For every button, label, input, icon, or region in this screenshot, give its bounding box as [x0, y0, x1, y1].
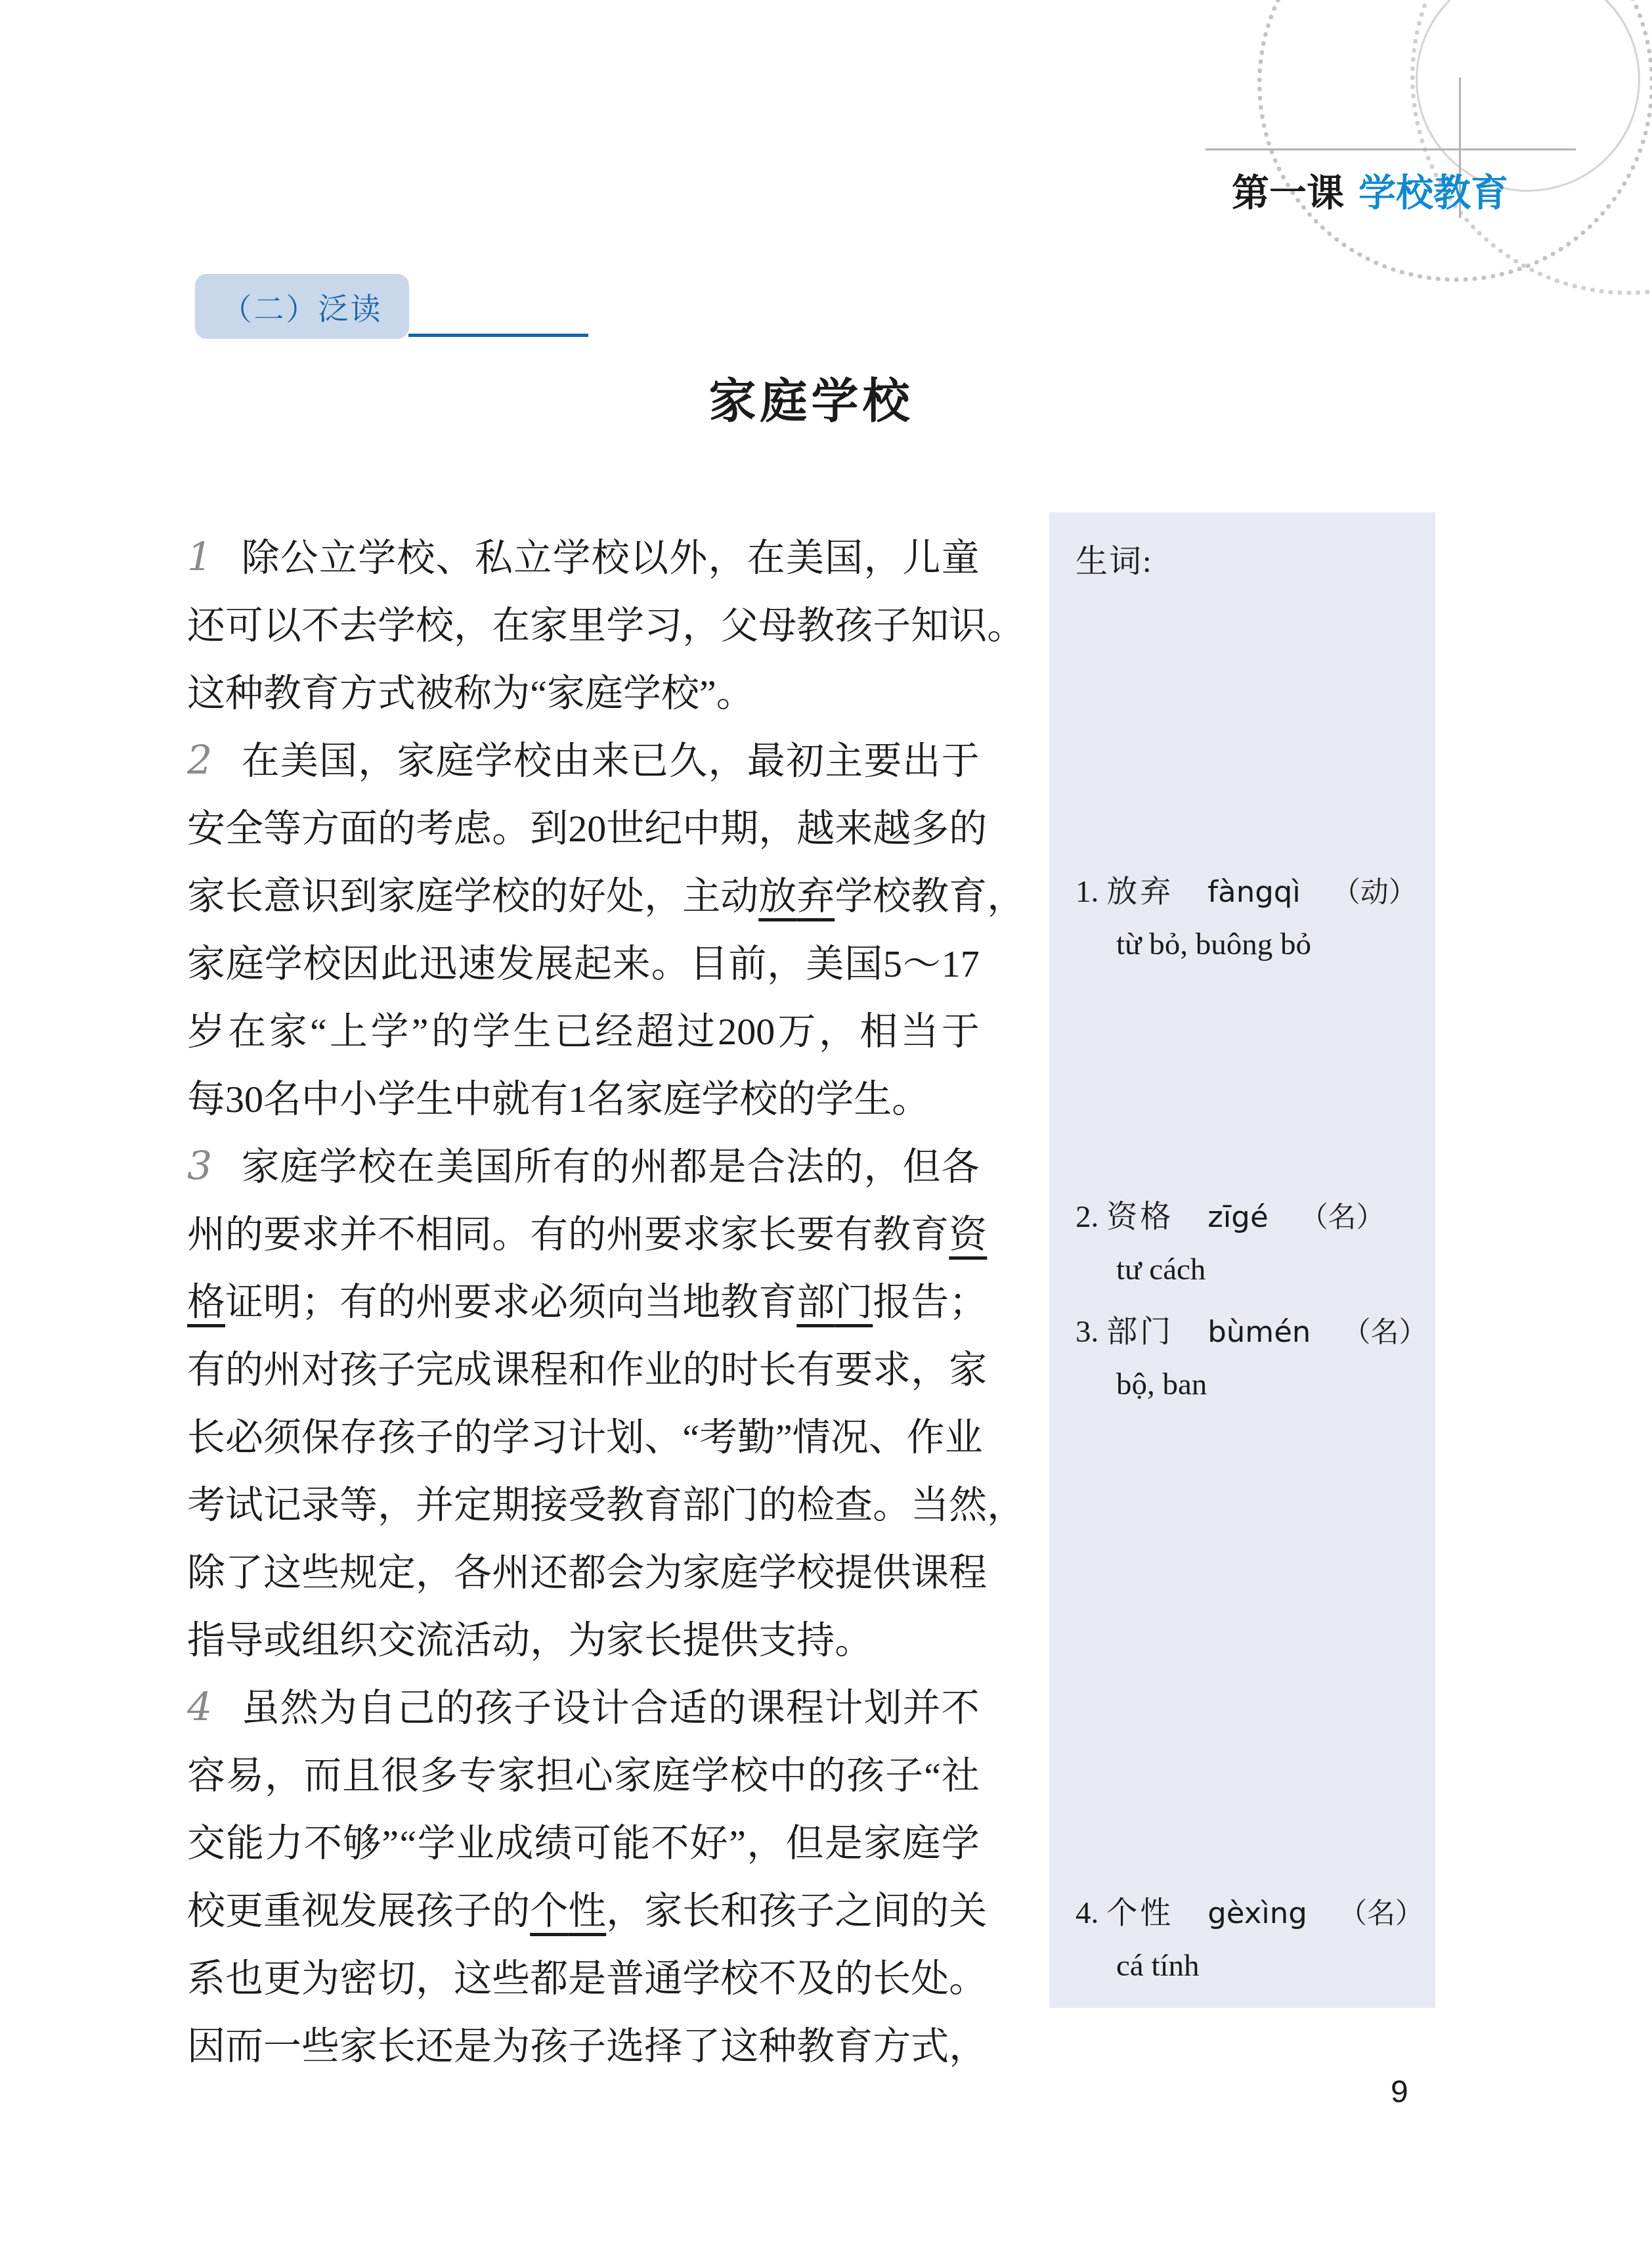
vocab-word: 放弃 — [1106, 867, 1173, 911]
text-line: 指导或组织交流活动，为家长提供支持。 — [187, 1603, 980, 1670]
page-number: 9 — [1391, 2074, 1408, 2110]
paragraph-number: 2 — [187, 741, 212, 780]
vocab-pinyin: bùmén — [1207, 1314, 1311, 1349]
textbook-page: 第一课学校教育 （二）泛读 家庭学校 1除公立学校、私立学校以外，在美国，儿童还… — [0, 0, 1652, 2258]
text-line: 4虽然为自己的孩子设计合适的课程计划并不 — [187, 1670, 980, 1738]
vocab-part-of-speech: （名） — [1300, 1195, 1385, 1235]
text-line: 安全等方面的考虑。到20世纪中期，越来越多的 — [187, 791, 980, 858]
text-line: 长必须保存孩子的学习计划、“考勤”情况、作业 — [187, 1400, 980, 1467]
vocab-pinyin: fàngqì — [1207, 874, 1301, 909]
section-underline — [408, 334, 588, 337]
vocab-part-of-speech: （名） — [1342, 1310, 1427, 1350]
vocab-number: 4. — [1076, 1895, 1098, 1931]
text-line: 因而一些家长还是为孩子选择了这种教育方式， — [187, 2008, 980, 2076]
vocab-word: 资格 — [1106, 1192, 1173, 1236]
text-line: 1除公立学校、私立学校以外，在美国，儿童 — [187, 520, 980, 588]
vocab-word: 部门 — [1106, 1307, 1173, 1351]
chapter-header: 第一课学校教育 — [1232, 163, 1508, 217]
text-line: 系也更为密切，这些都是普通学校不及的长处。 — [187, 1941, 980, 2008]
vocab-translation: bộ, ban — [1116, 1367, 1430, 1402]
lesson-subject: 学校教育 — [1359, 172, 1508, 214]
vocab-entry: 3.部门bùmén（名）bộ, ban — [1076, 1307, 1430, 1402]
text-line: 交能力不够”“学业成绩可能不好”，但是家庭学 — [187, 1805, 980, 1873]
text-line: 岁在家“上学”的学生已经超过200万，相当于 — [187, 994, 980, 1061]
paragraph-number: 1 — [187, 538, 212, 577]
vocab-entry: 2.资格zīgé（名）tư cách — [1076, 1192, 1430, 1287]
vocab-part-of-speech: （名） — [1339, 1892, 1424, 1932]
header-horizontal-rule — [1206, 148, 1576, 150]
text-line: 州的要求并不相同。有的州要求家长要有教育资 — [187, 1197, 980, 1264]
vocab-translation: cá tính — [1116, 1948, 1430, 1983]
text-line: 还可以不去学校，在家里学习，父母教孩子知识。 — [187, 588, 980, 655]
vocab-pinyin: zīgé — [1207, 1199, 1268, 1234]
vocab-entry: 1.放弃fàngqì（动）từ bỏ, buông bỏ — [1076, 867, 1430, 962]
vocab-part-of-speech: （动） — [1332, 870, 1417, 910]
paragraph-number: 4 — [187, 1688, 212, 1727]
text-line: 除了这些规定，各州还都会为家庭学校提供课程 — [187, 1535, 980, 1603]
text-line: 容易，而且很多专家担心家庭学校中的孩子“社 — [187, 1738, 980, 1805]
text-line: 家长意识到家庭学校的好处，主动放弃学校教育， — [187, 858, 980, 926]
text-line: 有的州对孩子完成课程和作业的时长有要求，家 — [187, 1332, 980, 1400]
lesson-number: 第一课 — [1232, 172, 1344, 214]
paragraph-number: 3 — [187, 1147, 212, 1186]
vocab-entry: 4.个性gèxìng（名）cá tính — [1076, 1888, 1430, 1983]
vocab-translation: tư cách — [1116, 1252, 1430, 1287]
vocab-word: 个性 — [1106, 1888, 1173, 1932]
text-line: 每30名中小学生中就有1名家庭学校的学生。 — [187, 1061, 980, 1129]
vocab-pinyin: gèxìng — [1207, 1895, 1307, 1930]
text-line: 2在美国，家庭学校由来已久，最初主要出于 — [187, 723, 980, 791]
text-line: 这种教育方式被称为“家庭学校”。 — [187, 655, 980, 723]
vocab-number: 1. — [1076, 874, 1098, 910]
text-line: 校更重视发展孩子的个性，家长和孩子之间的关 — [187, 1873, 980, 1941]
vocabulary-sidebar: 生词: 1.放弃fàngqì（动）từ bỏ, buông bỏ2.资格zīgé… — [1049, 512, 1435, 2008]
vocabulary-heading: 生词: — [1076, 536, 1153, 582]
text-line: 3家庭学校在美国所有的州都是合法的，但各 — [187, 1129, 980, 1197]
text-line: 家庭学校因此迅速发展起来。目前，美国5～17 — [187, 926, 980, 994]
article-body: 1除公立学校、私立学校以外，在美国，儿童还可以不去学校，在家里学习，父母教孩子知… — [187, 520, 980, 2076]
vocab-number: 3. — [1076, 1314, 1098, 1350]
section-label: （二）泛读 — [195, 274, 409, 339]
vocab-translation: từ bỏ, buông bỏ — [1116, 927, 1430, 962]
article-title: 家庭学校 — [187, 363, 1435, 431]
vocab-number: 2. — [1076, 1199, 1098, 1235]
text-line: 格证明；有的州要求必须向当地教育部门报告； — [187, 1264, 980, 1332]
text-line: 考试记录等，并定期接受教育部门的检查。当然， — [187, 1467, 980, 1535]
section-label-text: （二）泛读 — [222, 285, 383, 328]
